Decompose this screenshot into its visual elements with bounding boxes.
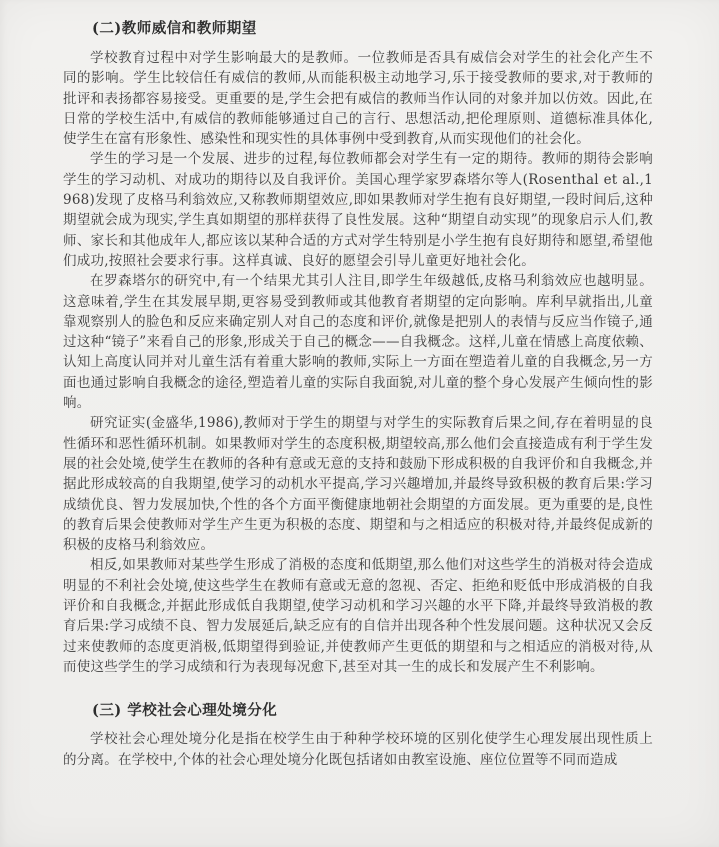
paragraph: 相反,如果教师对某些学生形成了消极的态度和低期望,那么他们对这些学生的消极对待会… — [63, 555, 653, 677]
section-school-social-psychological-differentiation: (三) 学校社会心理处境分化 学校社会心理处境分化是指在校学生由于种种学校环境的… — [63, 677, 653, 770]
paragraph: 学生的学习是一个发展、进步的过程,每位教师都会对学生有一定的期待。教师的期待会影… — [63, 149, 653, 271]
paragraph: 研究证实(金盛华,1986),教师对于学生的期望与对学生的实际教育后果之间,存在… — [63, 413, 653, 555]
section-heading: (三) 学校社会心理处境分化 — [63, 677, 653, 729]
paragraph: 在罗森塔尔的研究中,有一个结果尤其引人注目,即学生年级越低,皮格马利翁效应也越明… — [63, 271, 653, 413]
document-page: (二)教师威信和教师期望 学校教育过程中对学生影响最大的是教师。一位教师是否具有… — [0, 0, 719, 847]
section-teacher-prestige-and-expectation: (二)教师威信和教师期望 学校教育过程中对学生影响最大的是教师。一位教师是否具有… — [63, 13, 653, 677]
section-heading: (二)教师威信和教师期望 — [63, 13, 653, 48]
paragraph: 学校教育过程中对学生影响最大的是教师。一位教师是否具有威信会对学生的社会化产生不… — [63, 48, 653, 149]
paragraph: 学校社会心理处境分化是指在校学生由于种种学校环境的区别化使学生心理发展出现性质上… — [63, 729, 653, 770]
